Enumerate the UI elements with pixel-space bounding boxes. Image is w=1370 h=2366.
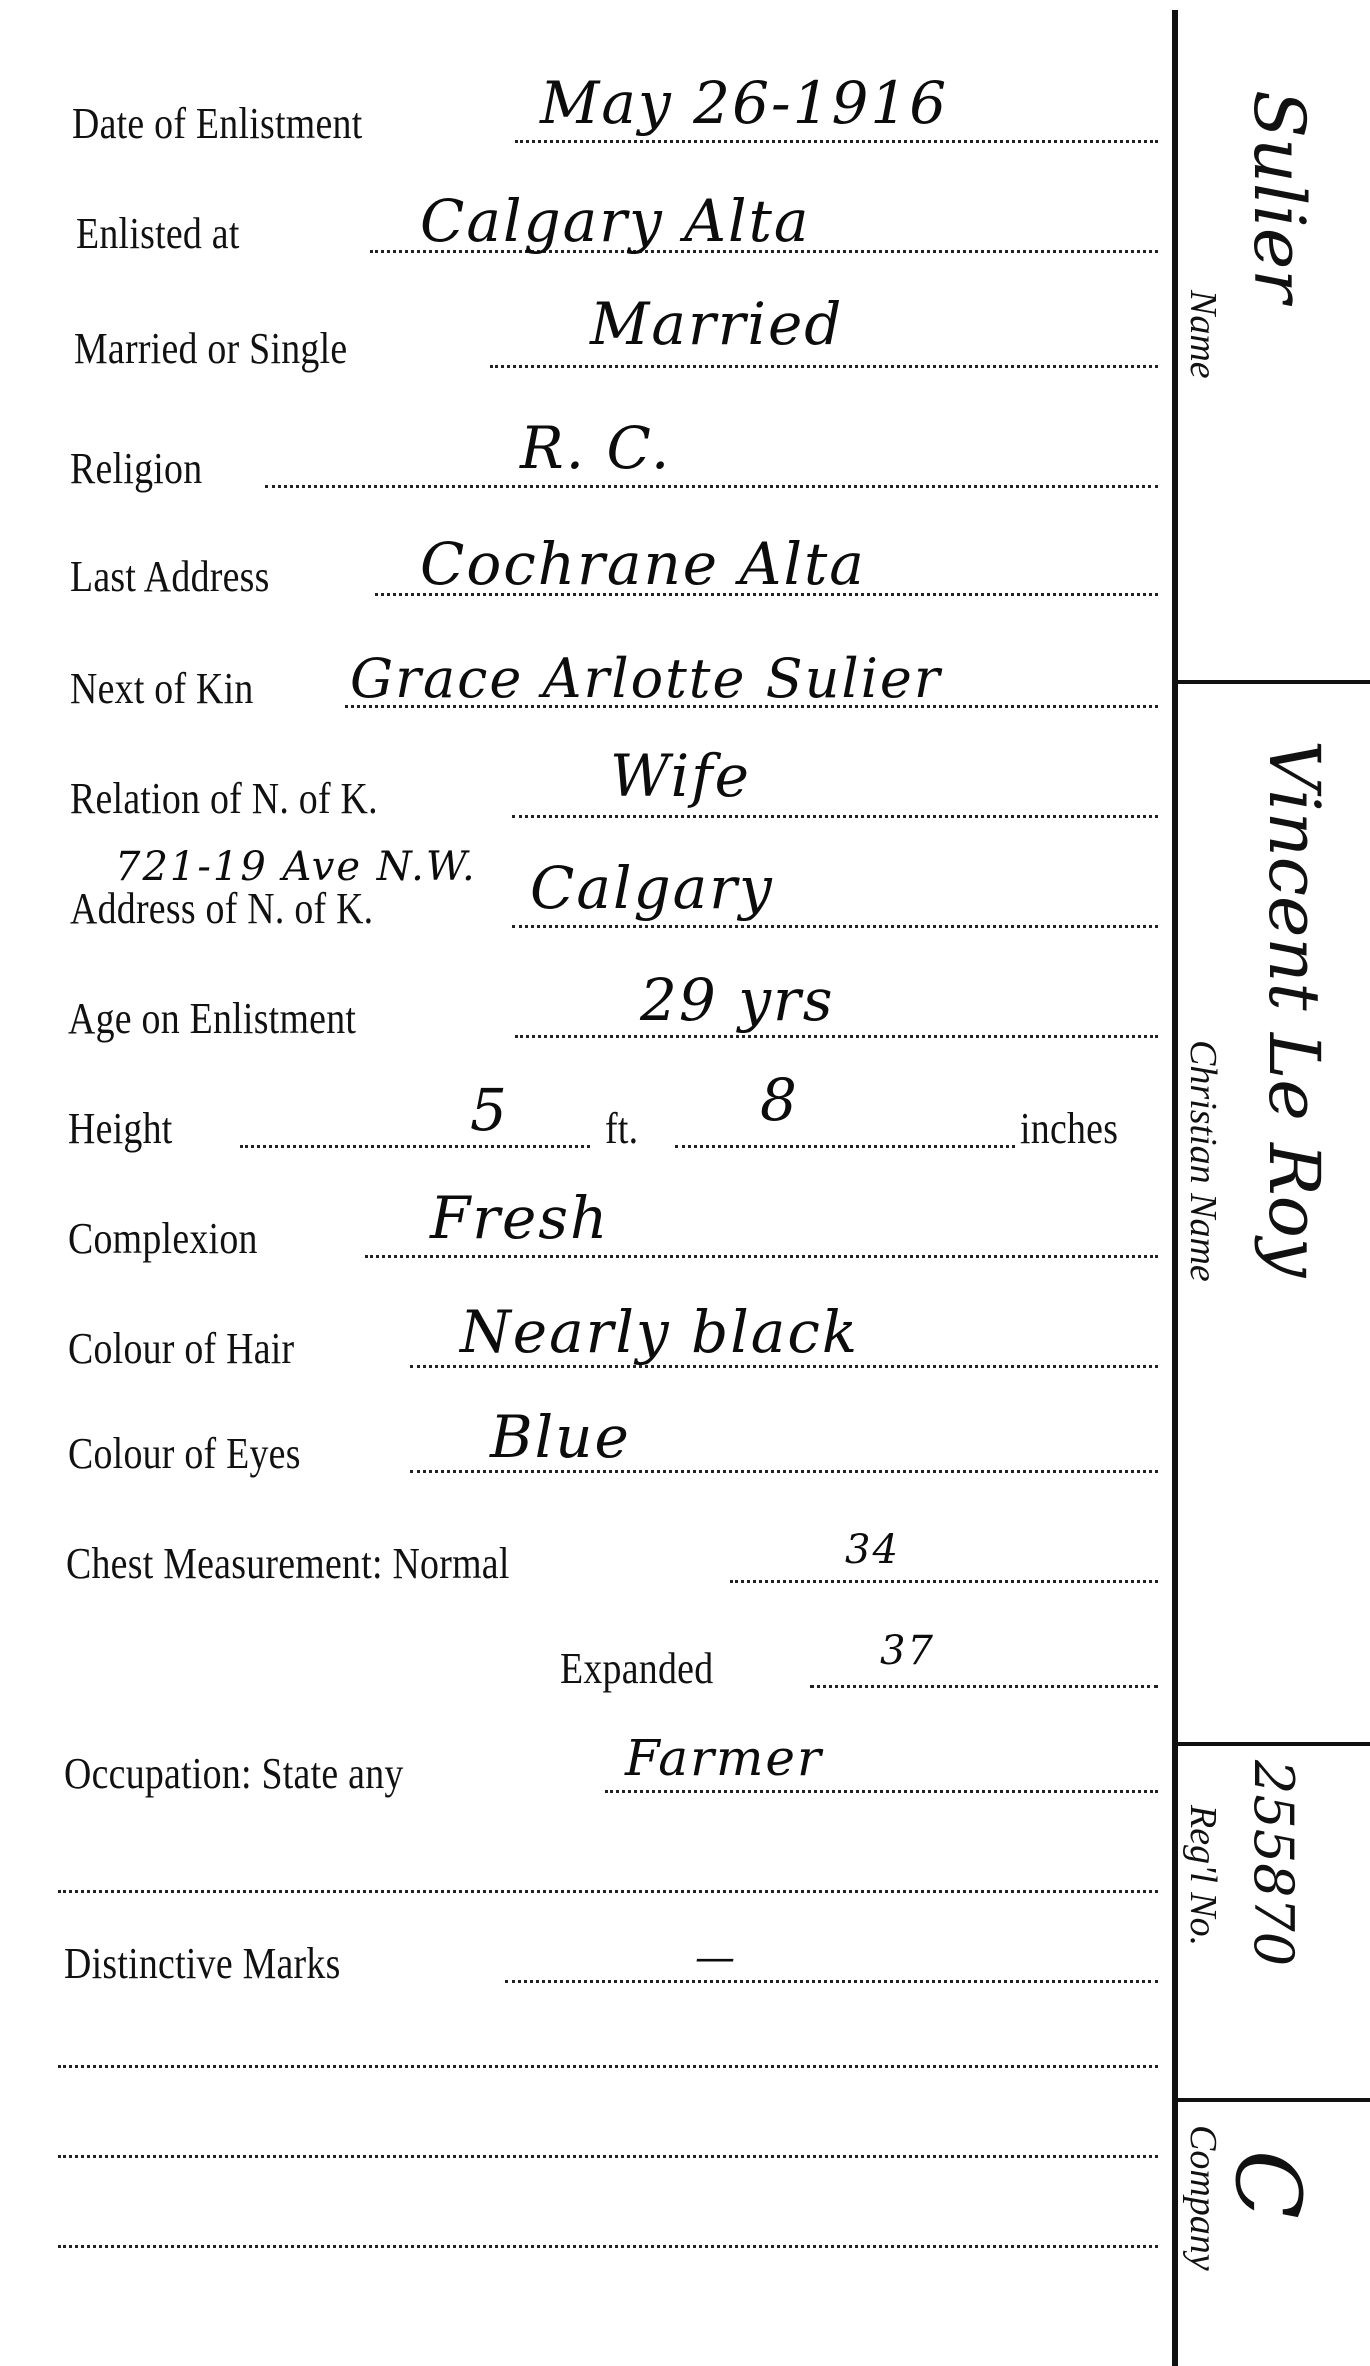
field-married-or-single: Married or Single Married	[0, 320, 1170, 380]
christian-name-label: Christian Name	[1181, 1040, 1225, 1282]
field-label: Chest Measurement: Normal	[66, 1538, 510, 1589]
fill-line	[265, 485, 1158, 488]
fill-line	[58, 1890, 1158, 1893]
separator-christian-name	[1178, 1742, 1370, 1746]
field-label: Complexion	[68, 1213, 258, 1264]
fill-line	[240, 1145, 590, 1148]
field-label: Religion	[70, 443, 202, 494]
separator-regtl-no	[1178, 2098, 1370, 2102]
fill-line	[730, 1580, 1158, 1583]
blank-line	[0, 1845, 1170, 1905]
field-complexion: Complexion Fresh	[0, 1210, 1170, 1270]
field-value: Farmer	[625, 1729, 823, 1787]
fill-line	[515, 140, 1158, 143]
inches-unit-label: inches	[1020, 1103, 1118, 1154]
field-label: Colour of Eyes	[68, 1428, 301, 1479]
field-label: Relation of N. of K.	[70, 773, 378, 824]
fill-line	[365, 1255, 1158, 1258]
field-value: Wife	[610, 742, 751, 810]
blank-line	[0, 2110, 1170, 2170]
field-label: Married or Single	[74, 323, 347, 374]
field-religion: Religion R. C.	[0, 440, 1170, 500]
field-last-address: Last Address Cochrane Alta	[0, 548, 1170, 608]
christian-name-value: Vincent Le Roy	[1253, 740, 1335, 1277]
field-value: Married	[590, 290, 843, 358]
field-occupation: Occupation: State any Farmer	[0, 1745, 1170, 1805]
fill-line	[810, 1685, 1158, 1688]
field-label: Distinctive Marks	[64, 1938, 341, 1989]
field-label: Enlisted at	[76, 208, 240, 259]
height-inches-value: 8	[760, 1066, 799, 1134]
field-value: Grace Arlotte Sulier	[350, 647, 942, 710]
field-value: Nearly black	[460, 1298, 859, 1366]
regtl-no-label: Reg'l No.	[1181, 1805, 1225, 1946]
blank-line	[0, 2200, 1170, 2260]
field-value: Cochrane Alta	[420, 530, 866, 598]
fill-line	[505, 1980, 1158, 1983]
field-enlisted-at: Enlisted at Calgary Alta	[0, 205, 1170, 265]
fill-line	[490, 365, 1158, 368]
field-date-of-enlistment: Date of Enlistment May 26-1916	[0, 95, 1170, 155]
field-height: Height 5 ft. 8 inches	[0, 1100, 1170, 1160]
field-value: R. C.	[520, 414, 671, 482]
field-label: Age on Enlistment	[68, 993, 356, 1044]
field-value: 37	[880, 1628, 935, 1674]
field-value: May 26-1916	[540, 69, 948, 137]
sidebar-divider	[1172, 10, 1178, 2366]
field-label: Colour of Hair	[68, 1323, 294, 1374]
fill-line	[58, 2245, 1158, 2248]
field-value: 34	[845, 1527, 900, 1573]
field-age-on-enlistment: Age on Enlistment 29 yrs	[0, 990, 1170, 1050]
field-chest-expanded: Expanded 37	[0, 1640, 1170, 1700]
field-label: Next of Kin	[70, 663, 254, 714]
fill-line	[605, 1790, 1158, 1793]
field-value: —	[695, 1935, 737, 1981]
field-label: Height	[68, 1103, 173, 1154]
field-distinctive-marks: Distinctive Marks —	[0, 1935, 1170, 1995]
fill-line	[58, 2065, 1158, 2068]
feet-unit-label: ft.	[605, 1103, 638, 1154]
blank-line	[0, 2020, 1170, 2080]
field-label: Occupation: State any	[64, 1748, 404, 1799]
field-value: Fresh	[430, 1184, 609, 1252]
company-value: C	[1215, 2150, 1320, 2219]
name-value: Sulier	[1238, 90, 1320, 303]
field-value: 29 yrs	[640, 966, 835, 1034]
name-label: Name	[1181, 290, 1225, 379]
field-colour-of-hair: Colour of Hair Nearly black	[0, 1320, 1170, 1380]
field-relation-of-next-of-kin: Relation of N. of K. Wife	[0, 770, 1170, 830]
fill-line	[515, 1035, 1158, 1038]
field-colour-of-eyes: Colour of Eyes Blue	[0, 1425, 1170, 1485]
fill-line	[512, 815, 1158, 818]
regtl-no-value: 255870	[1242, 1760, 1305, 1966]
field-label: Expanded	[560, 1643, 713, 1694]
field-label: Date of Enlistment	[72, 98, 362, 149]
field-value: Calgary Alta	[420, 187, 810, 255]
field-chest-normal: Chest Measurement: Normal 34	[0, 1535, 1170, 1595]
fill-line	[58, 2155, 1158, 2158]
field-label: Address of N. of K.	[70, 883, 373, 934]
separator-name	[1178, 680, 1370, 684]
fill-line	[512, 925, 1158, 928]
height-feet-value: 5	[470, 1076, 509, 1144]
field-value: Calgary	[530, 854, 774, 922]
fill-line	[675, 1145, 1015, 1148]
field-next-of-kin: Next of Kin Grace Arlotte Sulier	[0, 660, 1170, 720]
field-label: Last Address	[70, 551, 270, 602]
field-address-of-next-of-kin: 721-19 Ave N.W. Address of N. of K. Calg…	[0, 880, 1170, 940]
field-value: Blue	[490, 1403, 631, 1471]
